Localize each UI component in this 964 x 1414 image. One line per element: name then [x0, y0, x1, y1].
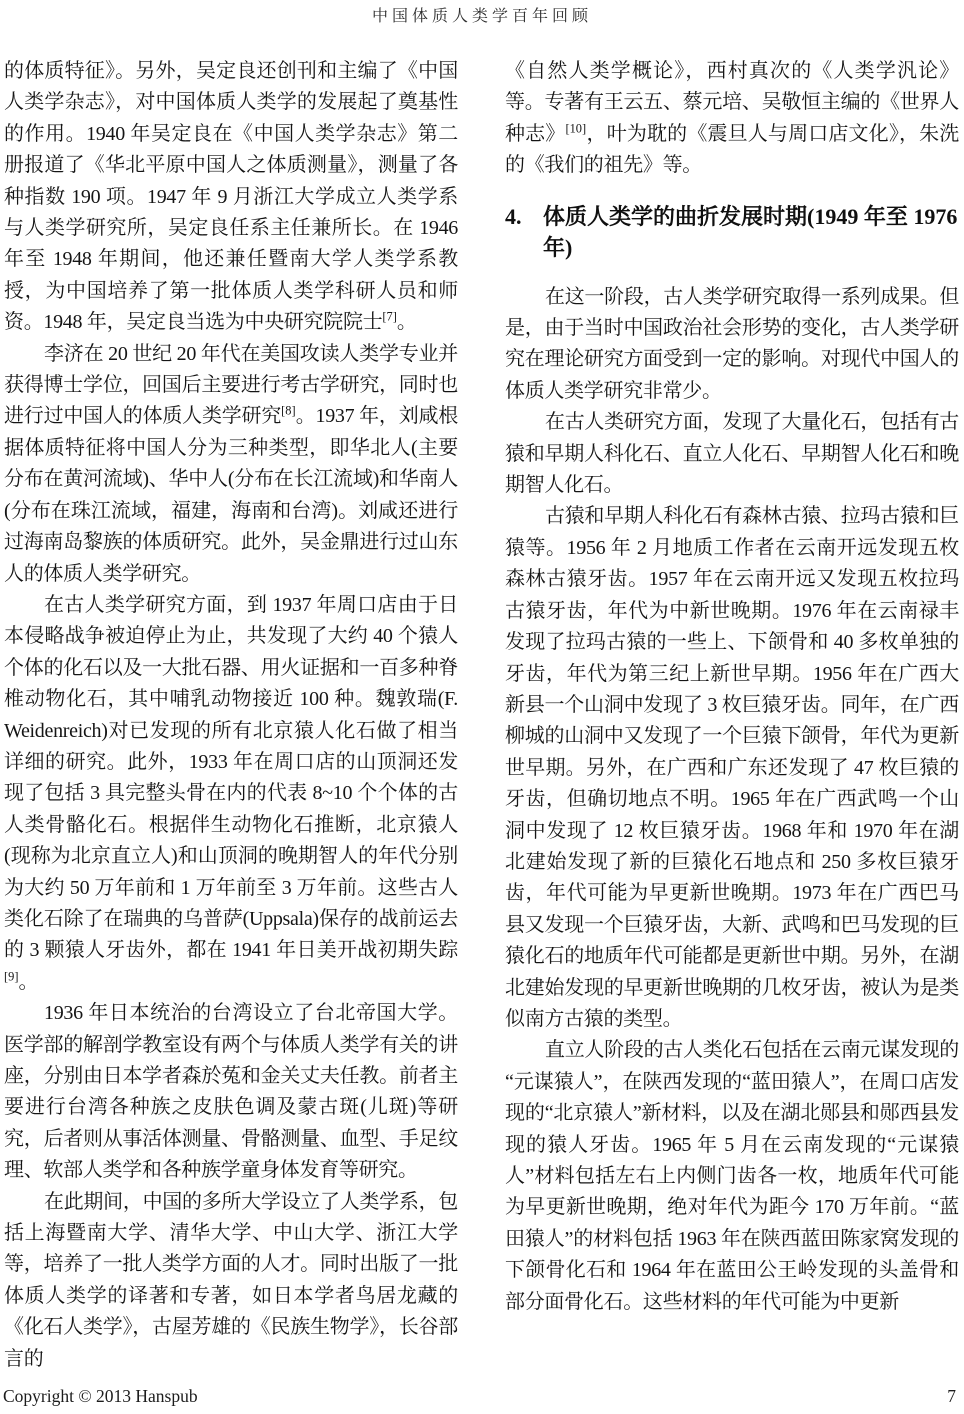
document-page: 中国体质人类学百年回顾 的体质特征》。另外，吴定良还创刊和主编了《中国人类学杂志…: [0, 0, 964, 1414]
running-title: 中国体质人类学百年回顾: [0, 0, 964, 28]
paragraph: 在古人类学研究方面，到 1937 年周口店由于日本侵略战争被迫停止为止，共发现了…: [4, 590, 458, 998]
page-footer: Copyright © 2013 Hanspub 7: [3, 1386, 956, 1407]
paragraph: 李济在 20 世纪 20 年代在美国攻读人类学专业并获得博士学位，回国后主要进行…: [4, 339, 458, 590]
paragraph: 在古人类研究方面，发现了大量化石，包括有古猿和早期人科化石、直立人化石、早期智人…: [505, 407, 959, 501]
page-body: 的体质特征》。另外，吴定良还创刊和主编了《中国人类学杂志》，对中国体质人类学的发…: [4, 56, 959, 1375]
paragraph: 直立人阶段的古人类化石包括在云南元谋发现的“元谋猿人”，在陕西发现的“蓝田猿人”…: [505, 1035, 959, 1318]
paragraph: 古猿和早期人科化石有森林古猿、拉玛古猿和巨猿等。1956 年 2 月地质工作者在…: [505, 501, 959, 1035]
page-number: 7: [947, 1386, 956, 1407]
paragraph: 在此期间，中国的多所大学设立了人类学系，包括上海暨南大学、清华大学、中山大学、浙…: [4, 1187, 458, 1375]
right-column: 《自然人类学概论》，西村真次的《人类学汎论》等。专著有王云五、蔡元培、吴敬恒主编…: [505, 56, 959, 1375]
left-column: 的体质特征》。另外，吴定良还创刊和主编了《中国人类学杂志》，对中国体质人类学的发…: [4, 56, 458, 1375]
section-title: 体质人类学的曲折发展时期(1949 年至 1976 年): [543, 201, 959, 263]
paragraph: 1936 年日本统治的台湾设立了台北帝国大学。医学部的解剖学教室设有两个与体质人…: [4, 998, 458, 1186]
paragraph: 在这一阶段，古人类学研究取得一系列成果。但是，由于当时中国政治社会形势的变化，古…: [505, 282, 959, 408]
paragraph: 《自然人类学概论》，西村真次的《人类学汎论》等。专著有王云五、蔡元培、吴敬恒主编…: [505, 56, 959, 182]
section-number: 4.: [505, 201, 543, 263]
copyright-text: Copyright © 2013 Hanspub: [3, 1386, 198, 1407]
paragraph: 的体质特征》。另外，吴定良还创刊和主编了《中国人类学杂志》，对中国体质人类学的发…: [4, 56, 458, 339]
section-heading: 4. 体质人类学的曲折发展时期(1949 年至 1976 年): [505, 201, 959, 263]
